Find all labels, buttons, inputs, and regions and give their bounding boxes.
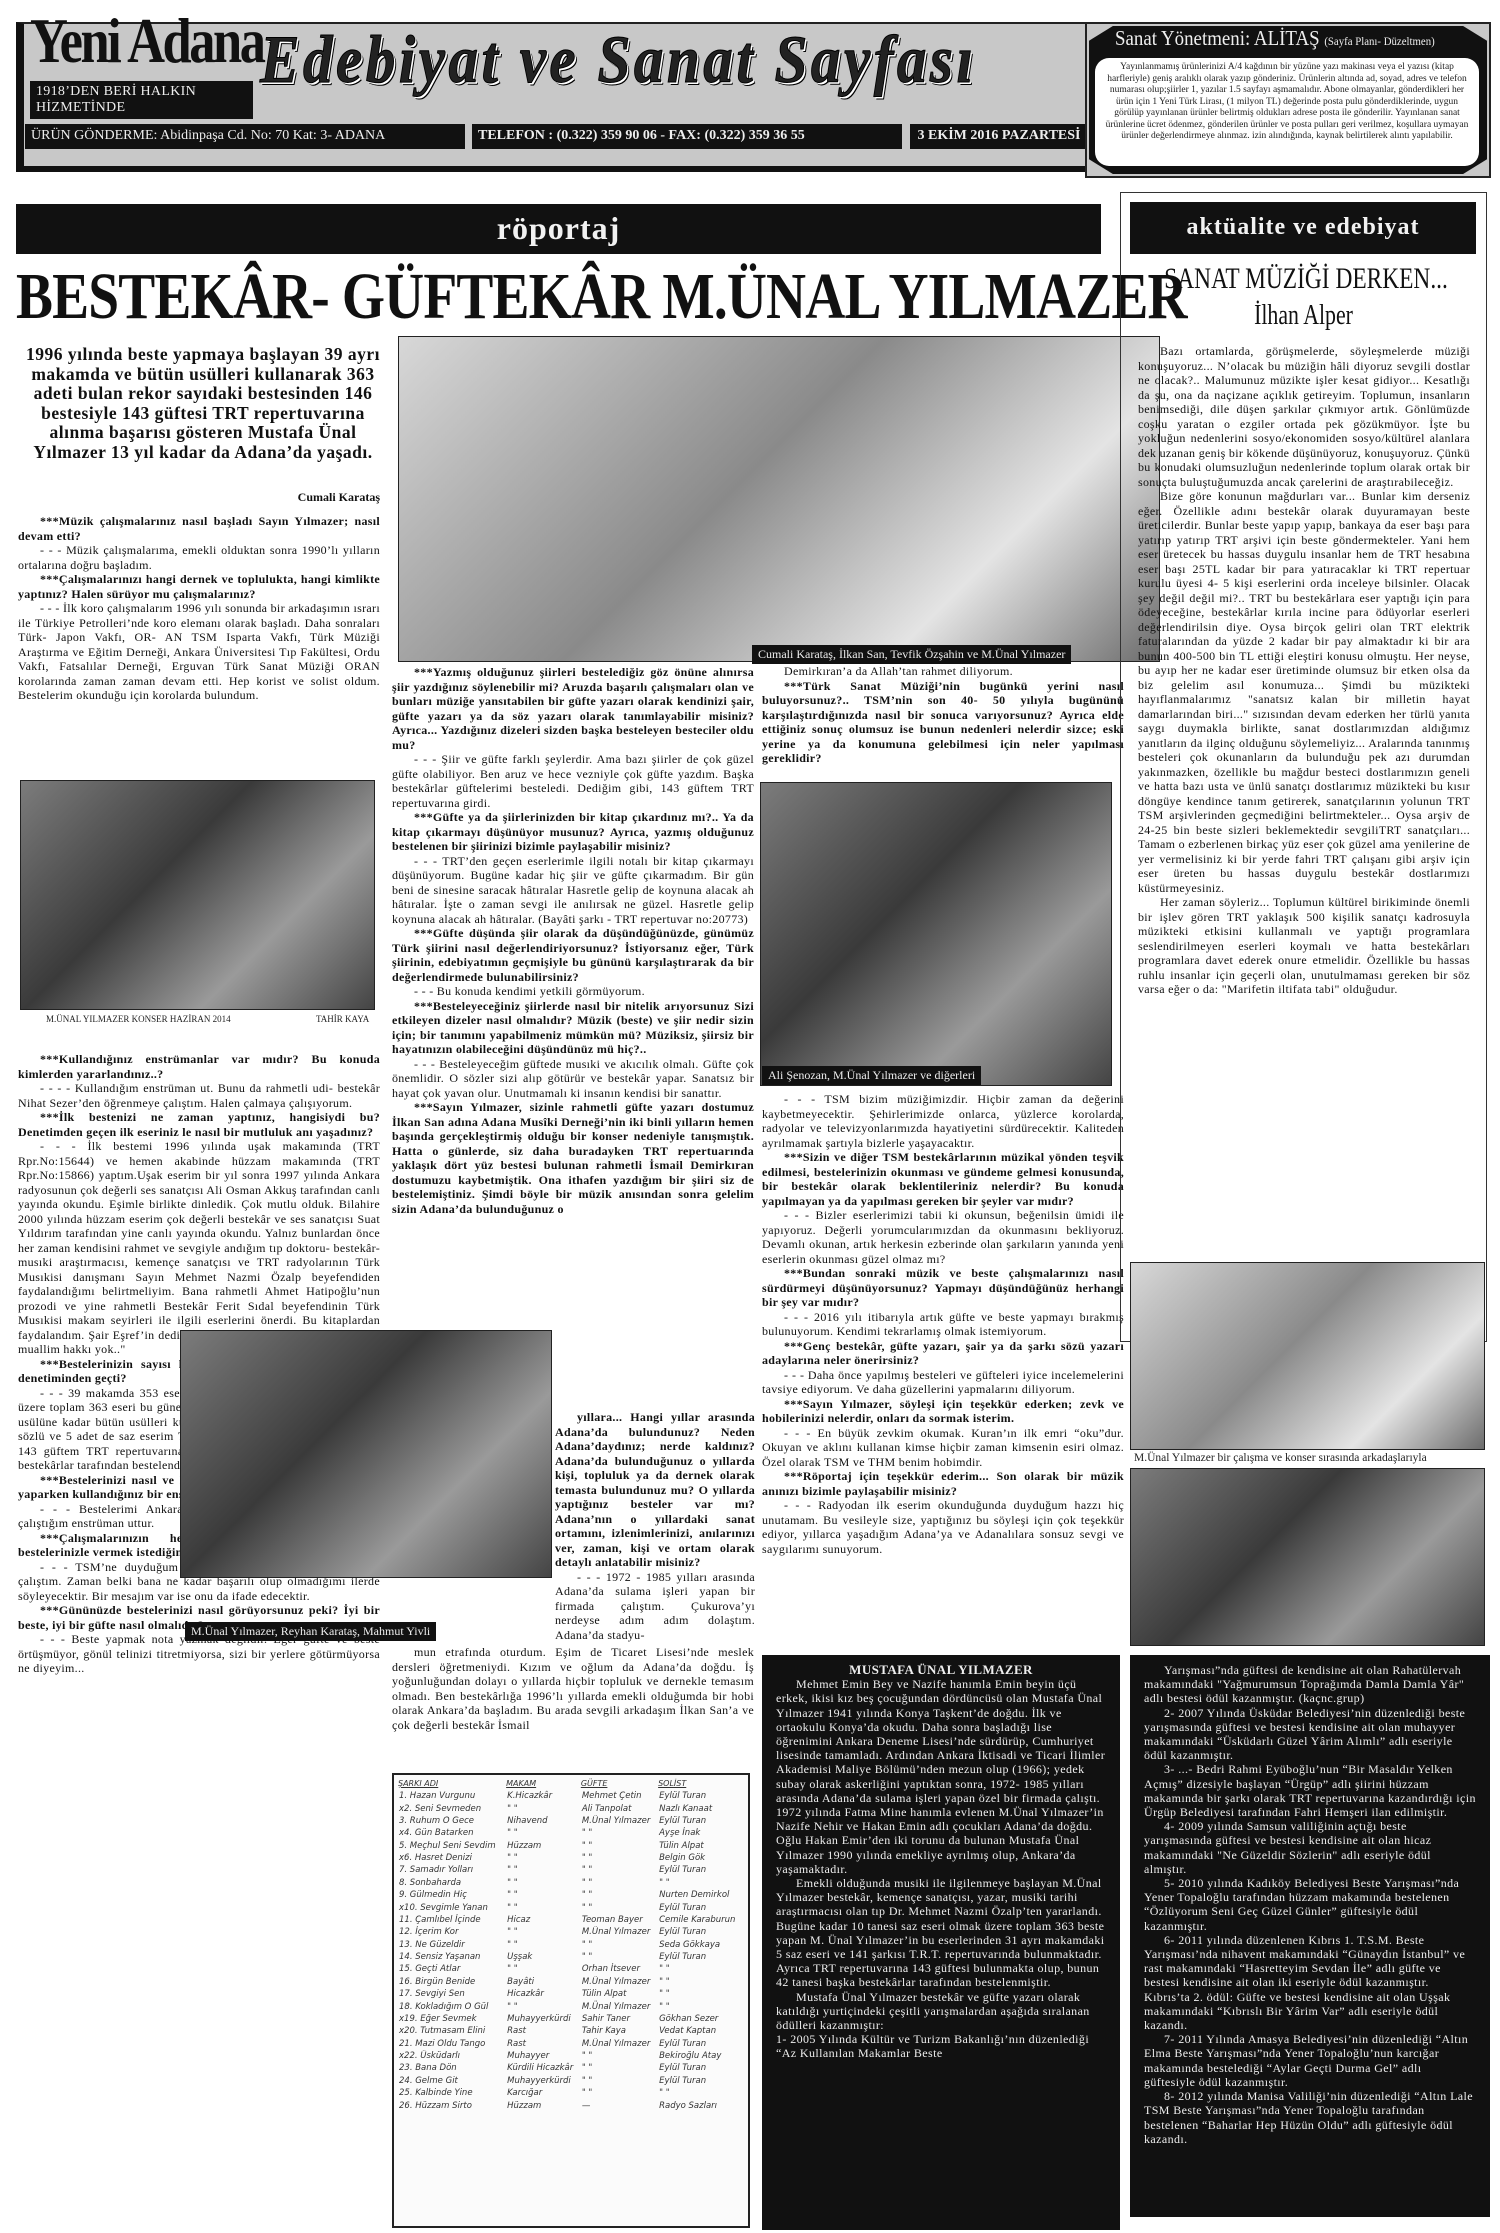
song-list-header: ŞARKI ADI — [398, 1779, 506, 1790]
interview-paragraph: - - - 2016 yılı itibarıyla artık güfte v… — [762, 1310, 1124, 1339]
interview-column-2: ***Yazmış olduğunuz şiirleri bestelediği… — [392, 665, 754, 1305]
interview-paragraph: - - - İlk koro çalışmalarım 1996 yılı so… — [18, 601, 380, 703]
column-author: İlhan Alper — [1164, 300, 1442, 332]
interview-paragraph: - - - Bu konuda kendimi yetkili görmüyor… — [392, 984, 754, 999]
song-list-row: 18. Kokladığım O Gül" "M.Ünal Yılmazer" … — [398, 2000, 744, 2012]
song-list-row: 21. Mazi Oldu TangoRastM.Ünal YılmazerEy… — [398, 2038, 744, 2050]
interview-paragraph: ***Sayın Yılmazer, söyleşi için teşekkür… — [762, 1397, 1124, 1426]
issue-date: 3 EKİM 2016 PAZARTESİ — [910, 124, 1088, 149]
interview-column-3a: Demirkıran’a da Allah’tan rahmet diliyor… — [762, 664, 1124, 766]
award-item: 5- 2010 yılında Kadıköy Belediyesi Beste… — [1144, 1876, 1476, 1933]
song-list-row: 25. Kalbinde YineKarcığar" "" " — [398, 2087, 744, 2099]
interview-paragraph: - - - Şiir ve güfte farklı şeylerdir. Am… — [392, 752, 754, 810]
interview-paragraph: ***Türk Sanat Müziği’nin bugünkü yerini … — [762, 679, 1124, 766]
opinion-column-text: Bazı ortamlarda, görüşmelerde, söyleşmel… — [1138, 344, 1470, 1336]
column-paragraph: Bazı ortamlarda, görüşmelerde, söyleşmel… — [1138, 344, 1470, 489]
interview-paragraph: - - - Müzik çalışmalarıma, emekli oldukt… — [18, 543, 380, 572]
section-header-aktualite: aktüalite ve edebiyat — [1130, 202, 1476, 254]
column-paragraph: Her zaman söyleriz... Toplumun kültürel … — [1138, 895, 1470, 997]
interview-paragraph: ***Röportaj için teşekkür ederim... Son … — [762, 1469, 1124, 1498]
masthead-tagline: 1918’DEN BERİ HALKIN HİZMETİNDE — [30, 81, 253, 119]
column-title: SANAT MÜZİĞİ DERKEN... — [1164, 262, 1442, 296]
interview-column-2-side: yıllara... Hangi yıllar arasında Adana’d… — [555, 1410, 755, 1644]
phone-fax-bar: TELEFON : (0.322) 359 90 06 - FAX: (0.32… — [472, 124, 902, 149]
address-bar: ÜRÜN GÖNDERME: Abidinpaşa Cd. No: 70 Kat… — [25, 124, 465, 149]
award-ceremony-photo — [760, 782, 1112, 1086]
song-list-row: x10. Sevgimle Yanan" "" "Eylül Turan — [398, 1901, 744, 1913]
song-list-row: 17. Sevgiyi SenHicazkârTülin Alpat" " — [398, 1988, 744, 2000]
article-byline: Cumali Karataş — [180, 490, 380, 505]
interview-paragraph: - - - TSM bizim müziğimizdir. Hiçbir zam… — [762, 1092, 1124, 1150]
song-list-row: 26. Hüzzam SirtoHüzzam—Radyo Sazları — [398, 2099, 744, 2111]
interview-paragraph: ***Çalışmalarınızı hangi dernek ve toplu… — [18, 572, 380, 601]
award-item: 2- 2007 Yılında Üsküdar Belediyesi’nin d… — [1144, 1706, 1476, 1763]
interview-paragraph: ***Güfte ya da şiirlerinizden bir kitap … — [392, 810, 754, 854]
song-list-row: 14. Sensiz YaşananUşşak" "Eylül Turan — [398, 1951, 744, 1963]
interview-paragraph: ***Besteleyeceğiniz şiirlerde nasıl bir … — [392, 999, 754, 1057]
interview-column-1a: ***Müzik çalışmalarınız nasıl başladı Sa… — [18, 514, 380, 703]
interview-paragraph: - - - Daha önce yapılmış besteleri ve gü… — [762, 1368, 1124, 1397]
interview-paragraph: ***Sayın Yılmazer, sizinle rahmetli güft… — [392, 1100, 754, 1216]
photo-caption: Ali Şenozan, M.Ünal Yılmazer ve diğerler… — [762, 1066, 981, 1085]
award-item: 3- ...- Bedri Rahmi Eyüboğlu’nun “Bir Ma… — [1144, 1762, 1476, 1819]
interview-paragraph: ***Güfte düşünda şiir olarak da düşündüğ… — [392, 926, 754, 984]
article-headline: BESTEKÂR- GÜFTEKÂR M.ÜNAL YILMAZER — [16, 262, 1187, 332]
song-list-row: 12. İçerim Kor" "M.Ünal YılmazerEylül Tu… — [398, 1926, 744, 1938]
award-item: 4- 2009 yılında Samsun valiliğinin açtığ… — [1144, 1819, 1476, 1876]
interview-paragraph: ***İlk bestenizi ne zaman yaptınız, hang… — [18, 1110, 380, 1139]
interview-paragraph: - - - En büyük zevkim okumak. Kuran’ın i… — [762, 1426, 1124, 1470]
interview-paragraph: - - - Bizler eserlerimizi tabii ki okuns… — [762, 1208, 1124, 1266]
photo-credit: TAHİR KAYA — [310, 1012, 375, 1026]
interview-column-3b: - - - TSM bizim müziğimizdir. Hiçbir zam… — [762, 1092, 1124, 1652]
interview-paragraph: yıllara... Hangi yıllar arasında Adana’d… — [555, 1410, 755, 1570]
interview-paragraph: - - - TRT’den geçen eserlerimle ilgili n… — [392, 854, 754, 927]
song-list-row: x6. Hasret Denizi" "" "Belgin Gök — [398, 1852, 744, 1864]
photo-caption: Cumali Karataş, İlkan San, Tevfik Özşahi… — [752, 645, 1071, 664]
song-list-row: 5. Meçhul Seni SevdimHüzzam" "Tülin Alpa… — [398, 1840, 744, 1852]
interview-paragraph: ***Sizin ve diğer TSM bestekârlarının mü… — [762, 1150, 1124, 1208]
song-list-row: 24. Gelme GitMuhayyerkürdi" "Eylül Turan — [398, 2075, 744, 2087]
photo-caption: M.ÜNAL YILMAZER KONSER HAZİRAN 2014 — [40, 1012, 237, 1026]
song-list-row: 13. Ne Güzeldir" "" "Seda Gökkaya — [398, 1939, 744, 1951]
song-list-header: GÜFTE — [581, 1779, 658, 1790]
interview-paragraph: ***Kullandığınız enstrümanlar var mıdır?… — [18, 1052, 380, 1081]
ensemble-photo — [1130, 1468, 1485, 1646]
song-list-row: 23. Bana DönKürdili Hicazkâr" "Eylül Tur… — [398, 2062, 744, 2074]
interview-column-2-end: mun etrafında oturdum. Eşim de Ticaret L… — [392, 1645, 754, 1732]
song-list-row: 11. Çamlıbel İçindeHicazTeoman BayerCemi… — [398, 1914, 744, 1926]
interview-paragraph: ***Müzik çalışmalarınız nasıl başladı Sa… — [18, 514, 380, 543]
song-list-scan: ŞARKI ADIMAKAMGÜFTESOLİST 1. Hazan Vurgu… — [392, 1773, 750, 2228]
photo-caption: M.Ünal Yılmazer, Reyhan Karataş, Mahmut … — [185, 1622, 436, 1641]
song-list-row: 16. Birgün BenideBayâtiM.Ünal Yılmazer" … — [398, 1976, 744, 1988]
song-list-row: x4. Gün Batarken" "" "Ayşe İnak — [398, 1827, 744, 1839]
newspaper-logo: Yeni Adana — [30, 6, 264, 76]
biography-box: MUSTAFA ÜNAL YILMAZER Mehmet Emin Bey ve… — [762, 1655, 1120, 2230]
interview-paragraph: - - - İlk bestemi 1996 yılında uşak maka… — [18, 1139, 380, 1357]
page-title: Edebiyat ve Sanat Sayfası — [260, 20, 976, 99]
song-list-row: x19. Eğer SevmekMuhayyerkürdiSahir Taner… — [398, 2013, 744, 2025]
interview-paragraph: - - - Radyodan ilk eserim okunduğunda du… — [762, 1498, 1124, 1556]
article-lead: 1996 yılında beste yapmaya başlayan 39 a… — [18, 345, 388, 462]
interview-paragraph: - - - 1972 - 1985 yılları arasında Adana… — [555, 1570, 755, 1643]
section-header-roportaj: röportaj — [16, 204, 1101, 254]
interview-paragraph: ***Genç bestekâr, güfte yazarı, şair ya … — [762, 1339, 1124, 1368]
song-list-row: 15. Geçti Atlar" "Orhan İtsever" " — [398, 1963, 744, 1975]
song-list-header: SOLİST — [658, 1779, 744, 1790]
song-list-header: MAKAM — [506, 1779, 581, 1790]
concert-photo — [20, 780, 375, 1010]
song-list-row: 9. Gülmedin Hiç" "" "Nurten Demirkol — [398, 1889, 744, 1901]
award-item: 8- 2012 yılında Manisa Valiliği’nin düze… — [1144, 2089, 1476, 2146]
song-list-row: x20. Tutmasam EliniRastTahir KayaVedat K… — [398, 2025, 744, 2037]
photo-caption: M.Ünal Yılmazer bir çalışma ve konser sı… — [1128, 1450, 1433, 1466]
rehearsal-photo — [1130, 1262, 1485, 1450]
submission-guidelines: Yayınlanmamış ürünlerinizi A/4 kağdının … — [1095, 58, 1479, 166]
column-paragraph: Bize göre konunun mağdurları var... Bunl… — [1138, 489, 1470, 895]
interview-paragraph: - - - - Kullandığım enstrüman ut. Bunu d… — [18, 1081, 380, 1110]
art-director-title: Sanat Yönetmeni: ALİTAŞ (Sayfa Planı- Dü… — [1115, 26, 1435, 51]
group-photo — [180, 1330, 552, 1578]
song-list-row: x22. ÜsküdarlıMuhayyer" "Bekiroğlu Atay — [398, 2050, 744, 2062]
award-item: 6- 2011 yılında düzenlenen Kıbrıs 1. T.S… — [1144, 1933, 1476, 2032]
interview-paragraph: - - - Besteleyeceğim güftede musıki ve a… — [392, 1057, 754, 1101]
song-list-row: 8. Sonbaharda" "" "" " — [398, 1877, 744, 1889]
song-list-row: 1. Hazan VurgunuK.HicazkârMehmet ÇetinEy… — [398, 1790, 744, 1802]
song-list-row: x2. Seni Sevmeden" "Ali TanpolatNazlı Ka… — [398, 1802, 744, 1814]
song-list-row: 3. Ruhum O GeceNihavendM.Ünal YılmazerEy… — [398, 1815, 744, 1827]
award-item: Yarışması”nda güftesi de kendisine ait o… — [1144, 1663, 1476, 1706]
awards-box: Yarışması”nda güftesi de kendisine ait o… — [1130, 1655, 1490, 2217]
interview-photo — [398, 336, 1160, 662]
award-item: 7- 2011 Yılında Amasya Belediyesi’nin dü… — [1144, 2032, 1476, 2089]
song-list-row: 7. Samadır Yolları" "" "Eylül Turan — [398, 1864, 744, 1876]
biography-title: MUSTAFA ÜNAL YILMAZER — [776, 1663, 1106, 1677]
interview-paragraph: Demirkıran’a da Allah’tan rahmet diliyor… — [762, 664, 1124, 679]
interview-paragraph: ***Yazmış olduğunuz şiirleri bestelediği… — [392, 665, 754, 752]
interview-paragraph: ***Bundan sonraki müzik ve beste çalışma… — [762, 1266, 1124, 1310]
